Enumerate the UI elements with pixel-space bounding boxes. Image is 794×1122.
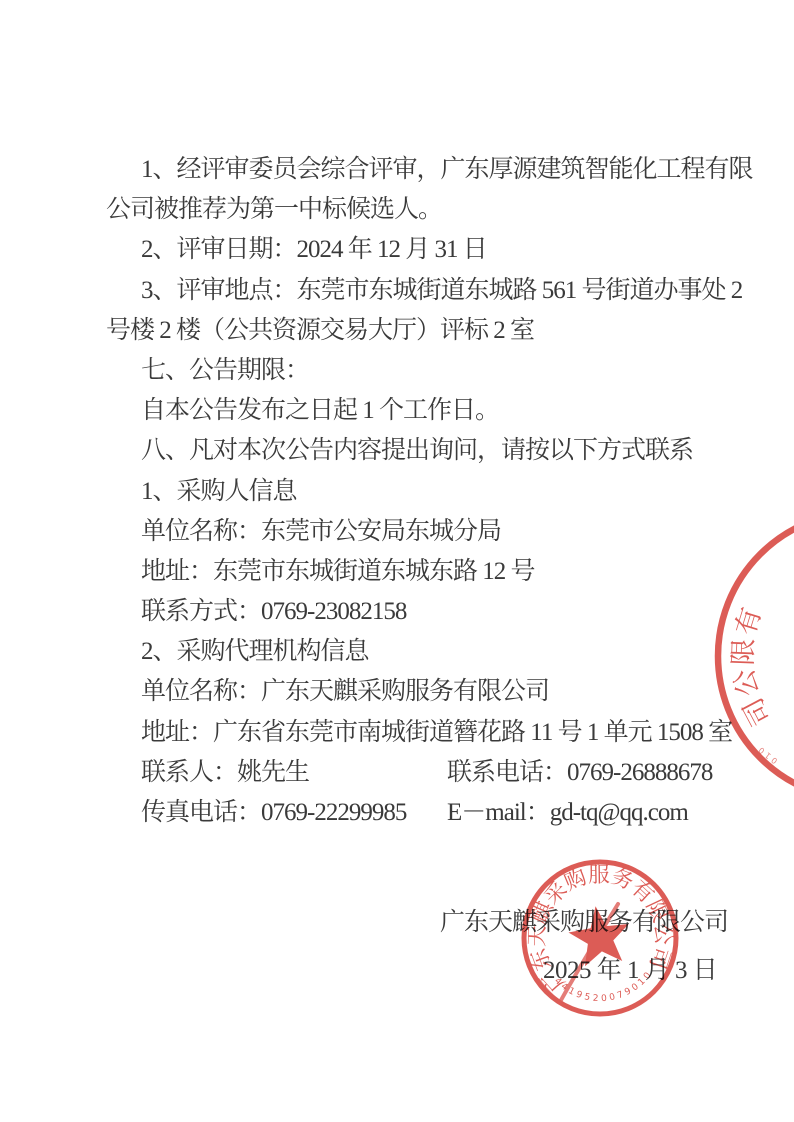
line-text: 公司被推荐为第一中标候选人。 (106, 196, 442, 223)
edge-seal-char: 司 (738, 693, 777, 731)
line-text: 自本公告发布之日起 1 个工作日。 (141, 397, 499, 424)
line-text: 1、采购人信息 (141, 478, 297, 505)
line-text: 2、评审日期：2024 年 12 月 31 日 (141, 236, 487, 263)
line-text: 2、采购代理机构信息 (141, 638, 369, 665)
edge-seal-char: 有 (730, 604, 767, 639)
document-line: 1、经评审委员会综合评审，广东厚源建筑智能化工程有限 (106, 150, 726, 190)
company-seal-stamp: 广东天麒采购服务有限公司 4419520079010 (500, 838, 700, 1038)
document-body: 1、经评审委员会综合评审，广东厚源建筑智能化工程有限公司被推荐为第一中标候选人。… (106, 150, 726, 833)
document-line: 联系方式：0769-23082158 (106, 592, 726, 632)
document-line: 联系人：姚先生联系电话：0769-26888678 (106, 753, 726, 793)
document-line: 3、评审地点：东莞市东城街道东城路 561 号街道办事处 2 (106, 271, 726, 311)
line-text: 联系方式：0769-23082158 (141, 598, 406, 625)
line-text: 号楼 2 楼（公共资源交易大厅）评标 2 室 (106, 317, 534, 344)
line-text: 单位名称：东莞市公安局东城分局 (141, 518, 501, 545)
edge-seal-char: 限 (728, 638, 759, 666)
document-line: 2、采购代理机构信息 (106, 632, 726, 672)
document-line: 地址：东莞市东城街道东城东路 12 号 (106, 552, 726, 592)
line-text-second-column: E－mail：gd-tq@qq.com (447, 793, 688, 833)
partial-edge-seal-stamp: 有限公司 010 (702, 496, 794, 816)
line-text-second-column: 联系电话：0769-26888678 (447, 753, 712, 793)
document-line: 八、凡对本次公告内容提出询问，请按以下方式联系 (106, 431, 726, 471)
document-line: 传真电话：0769-22299985E－mail：gd-tq@qq.com (106, 793, 726, 833)
document-line: 七、公告期限： (106, 351, 726, 391)
document-line: 2、评审日期：2024 年 12 月 31 日 (106, 230, 726, 270)
line-text: 七、公告期限： (141, 357, 309, 384)
line-text: 1、经评审委员会综合评审，广东厚源建筑智能化工程有限 (141, 156, 753, 183)
edge-seal-char: 公 (729, 666, 764, 699)
line-text: 单位名称：广东天麒采购服务有限公司 (141, 678, 549, 705)
document-line: 地址：广东省东莞市南城街道簪花路 11 号 1 单元 1508 室 (106, 713, 726, 753)
document-line: 自本公告发布之日起 1 个工作日。 (106, 391, 726, 431)
line-text: 传真电话：0769-22299985 (141, 799, 406, 826)
edge-seal-text: 有限公司 (728, 604, 777, 731)
line-text: 地址：广东省东莞市南城街道簪花路 11 号 1 单元 1508 室 (141, 719, 732, 746)
line-text: 联系人：姚先生 (141, 759, 309, 786)
document-line: 号楼 2 楼（公共资源交易大厅）评标 2 室 (106, 311, 726, 351)
document-page: 1、经评审委员会综合评审，广东厚源建筑智能化工程有限公司被推荐为第一中标候选人。… (0, 0, 794, 1122)
line-text: 地址：东莞市东城街道东城东路 12 号 (141, 558, 535, 585)
document-line: 1、采购人信息 (106, 472, 726, 512)
document-line: 公司被推荐为第一中标候选人。 (106, 190, 726, 230)
line-text: 3、评审地点：东莞市东城街道东城路 561 号街道办事处 2 (141, 277, 742, 304)
line-text: 八、凡对本次公告内容提出询问，请按以下方式联系 (141, 437, 693, 464)
document-line: 单位名称：东莞市公安局东城分局 (106, 512, 726, 552)
document-line: 单位名称：广东天麒采购服务有限公司 (106, 672, 726, 712)
